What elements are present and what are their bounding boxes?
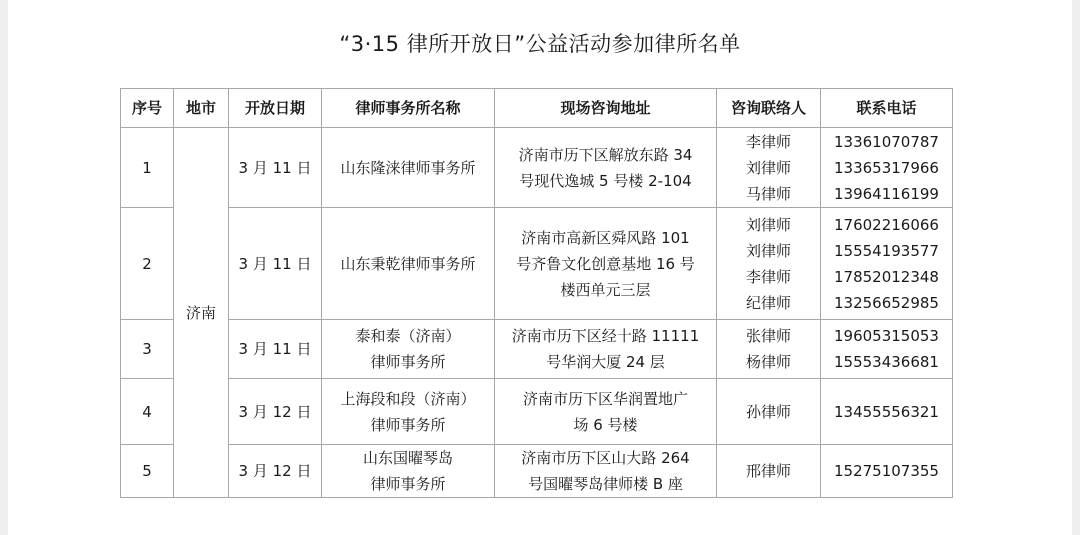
contact-persons: 李律师 刘律师 马律师: [717, 128, 821, 208]
row-index: 4: [121, 379, 174, 445]
firm-name: 上海段和段（济南） 律师事务所: [322, 379, 495, 445]
firm-name: 山东国曜琴岛 律师事务所: [322, 445, 495, 498]
header-city: 地市: [174, 89, 229, 128]
contact-phones: 19605315053 15553436681: [821, 320, 953, 379]
law-firm-roster-table: 序号 地市 开放日期 律师事务所名称 现场咨询地址 咨询联络人 联系电话 1 济…: [120, 88, 953, 498]
open-date: 3 月 11 日: [229, 128, 322, 208]
row-index: 2: [121, 208, 174, 320]
consult-address: 济南市高新区舜风路 101 号齐鲁文化创意基地 16 号 楼西单元三层: [495, 208, 717, 320]
header-row: 序号 地市 开放日期 律师事务所名称 现场咨询地址 咨询联络人 联系电话: [121, 89, 953, 128]
consult-address: 济南市历下区山大路 264 号国曜琴岛律师楼 B 座: [495, 445, 717, 498]
consult-address: 济南市历下区解放东路 34 号现代逸城 5 号楼 2-104: [495, 128, 717, 208]
contact-persons: 孙律师: [717, 379, 821, 445]
consult-address: 济南市历下区经十路 11111 号华润大厦 24 层: [495, 320, 717, 379]
firm-name: 泰和泰（济南） 律师事务所: [322, 320, 495, 379]
table-row: 5 3 月 12 日 山东国曜琴岛 律师事务所 济南市历下区山大路 264 号国…: [121, 445, 953, 498]
firm-name: 山东隆涞律师事务所: [322, 128, 495, 208]
contact-phones: 15275107355: [821, 445, 953, 498]
header-contact: 咨询联络人: [717, 89, 821, 128]
row-index: 1: [121, 128, 174, 208]
consult-address: 济南市历下区华润置地广 场 6 号楼: [495, 379, 717, 445]
contact-persons: 张律师 杨律师: [717, 320, 821, 379]
document-title: “3·15 律所开放日”公益活动参加律所名单: [0, 28, 1080, 58]
contact-persons: 邢律师: [717, 445, 821, 498]
city-cell: 济南: [174, 128, 229, 498]
table-row: 4 3 月 12 日 上海段和段（济南） 律师事务所 济南市历下区华润置地广 场…: [121, 379, 953, 445]
row-index: 3: [121, 320, 174, 379]
table-row: 2 3 月 11 日 山东秉乾律师事务所 济南市高新区舜风路 101 号齐鲁文化…: [121, 208, 953, 320]
contact-persons: 刘律师 刘律师 李律师 纪律师: [717, 208, 821, 320]
header-address: 现场咨询地址: [495, 89, 717, 128]
firm-name: 山东秉乾律师事务所: [322, 208, 495, 320]
contact-phones: 13361070787 13365317966 13964116199: [821, 128, 953, 208]
table-row: 3 3 月 11 日 泰和泰（济南） 律师事务所 济南市历下区经十路 11111…: [121, 320, 953, 379]
header-phone: 联系电话: [821, 89, 953, 128]
row-index: 5: [121, 445, 174, 498]
header-index: 序号: [121, 89, 174, 128]
open-date: 3 月 11 日: [229, 320, 322, 379]
table-row: 1 济南 3 月 11 日 山东隆涞律师事务所 济南市历下区解放东路 34 号现…: [121, 128, 953, 208]
contact-phones: 17602216066 15554193577 17852012348 1325…: [821, 208, 953, 320]
open-date: 3 月 12 日: [229, 379, 322, 445]
header-firm-name: 律师事务所名称: [322, 89, 495, 128]
contact-phones: 13455556321: [821, 379, 953, 445]
header-open-date: 开放日期: [229, 89, 322, 128]
open-date: 3 月 11 日: [229, 208, 322, 320]
open-date: 3 月 12 日: [229, 445, 322, 498]
